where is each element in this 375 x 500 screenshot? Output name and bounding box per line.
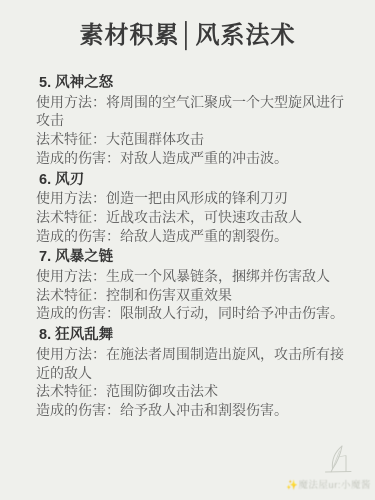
spell-usage-line: 使用方法：生成一个风暴链条，捆绑并伤害敌人 xyxy=(36,267,350,286)
watermark-text: ✨魔法屋ur:小魔酱 xyxy=(286,477,371,491)
spell-usage-line: 使用方法：创造一把由风形成的锋利刀刃 xyxy=(36,189,350,208)
quill-pen-doodle-icon xyxy=(322,444,356,478)
spell-section-5: 5. 风神之怒 使用方法：将周围的空气汇聚成一个大型旋风进行攻击 法术特征：大范… xyxy=(36,74,352,168)
spell-damage-line: 造成的伤害：限制敌人行动，同时给予冲击伤害。 xyxy=(36,304,350,323)
spell-usage-line: 使用方法：在施法者周围制造出旋风，攻击所有接近的敌人 xyxy=(36,345,350,382)
spell-damage-line: 造成的伤害：给予敌人冲击和割裂伤害。 xyxy=(36,401,350,420)
page-title: 素材积累│风系法术 xyxy=(0,0,375,50)
note-card: 素材积累│风系法术 5. 风神之怒 使用方法：将周围的空气汇聚成一个大型旋风进行… xyxy=(0,0,375,500)
spell-damage-line: 造成的伤害：给敌人造成严重的割裂伤。 xyxy=(36,227,350,246)
spell-feature-line: 法术特征：近战攻击法术，可快速攻击敌人 xyxy=(36,208,350,227)
spell-heading: 6. 风刃 xyxy=(36,171,352,190)
spell-damage-line: 造成的伤害：对敌人造成严重的冲击波。 xyxy=(36,149,350,168)
spell-section-8: 8. 狂风乱舞 使用方法：在施法者周围制造出旋风，攻击所有接近的敌人 法术特征：… xyxy=(36,326,352,420)
spell-heading: 5. 风神之怒 xyxy=(36,74,352,93)
spell-feature-line: 法术特征：范围防御攻击法术 xyxy=(36,382,350,401)
spell-section-7: 7. 风暴之链 使用方法：生成一个风暴链条，捆绑并伤害敌人 法术特征：控制和伤害… xyxy=(36,248,352,323)
spell-usage-line: 使用方法：将周围的空气汇聚成一个大型旋风进行攻击 xyxy=(36,93,350,130)
spell-list: 5. 风神之怒 使用方法：将周围的空气汇聚成一个大型旋风进行攻击 法术特征：大范… xyxy=(0,74,352,420)
spell-section-6: 6. 风刃 使用方法：创造一把由风形成的锋利刀刃 法术特征：近战攻击法术，可快速… xyxy=(36,171,352,246)
spell-heading: 8. 狂风乱舞 xyxy=(36,326,352,345)
spell-heading: 7. 风暴之链 xyxy=(36,248,352,267)
spell-feature-line: 法术特征：控制和伤害双重效果 xyxy=(36,286,350,305)
spell-feature-line: 法术特征：大范围群体攻击 xyxy=(36,130,350,149)
